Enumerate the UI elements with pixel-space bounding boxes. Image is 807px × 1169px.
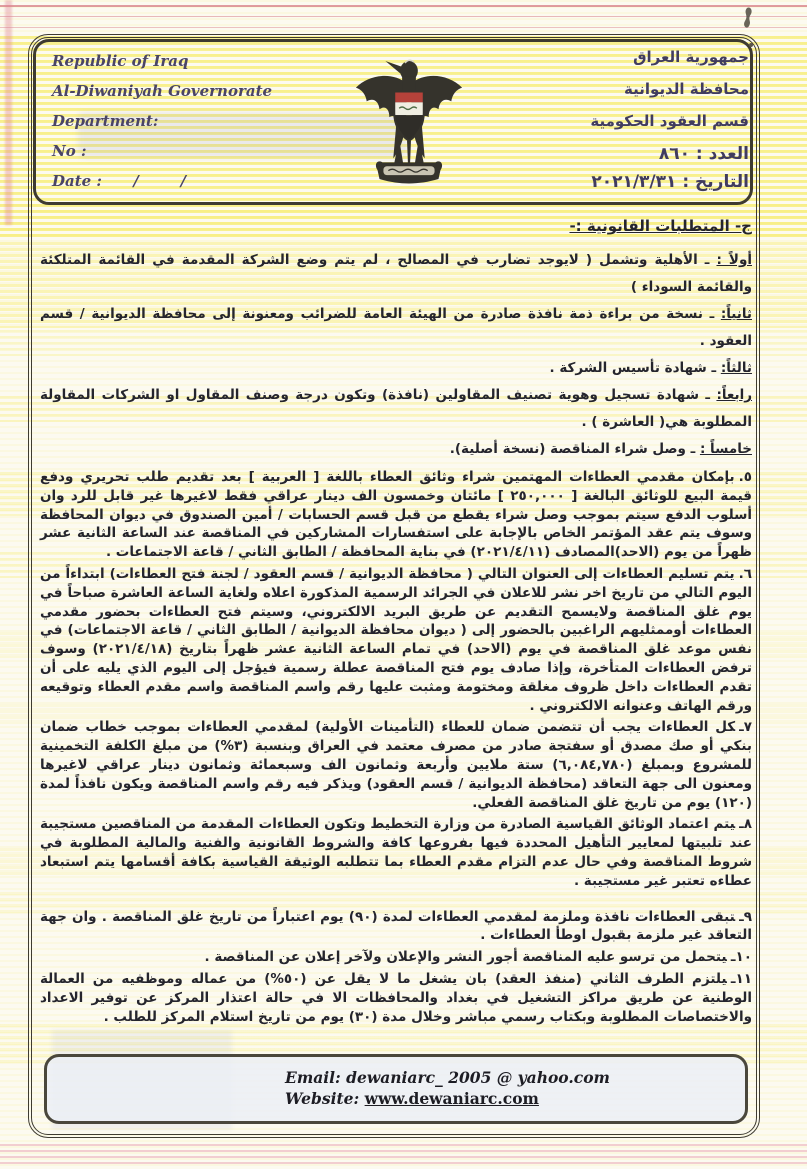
governorate-name-ar: محافظة الديوانية	[529, 80, 749, 98]
item-text: تبقى العطاءات نافذة وملزمة لمقدمي العطاء…	[40, 909, 752, 944]
number-value: ٨٦٠	[659, 144, 690, 164]
website-line: Website: www.dewaniarc.com	[285, 1089, 745, 1108]
item-8: ٨ـيتم اعتماد الوثائق القياسية الصادرة من…	[40, 815, 752, 890]
clause-text: ـ شهادة تسجيل وهوية تصنيف المقاولين (ناف…	[40, 387, 752, 430]
clause-lead: رابعاً:	[716, 387, 752, 403]
scan-red-line	[0, 27, 807, 28]
clause-first: أولاً : ـ الأهلية وتشمل ( لايوجد تضارب ف…	[40, 247, 752, 301]
date-label-ar: التاريخ :	[682, 172, 749, 192]
clause-lead: ثانياً:	[721, 306, 752, 322]
handwritten-mark	[736, 6, 758, 36]
document-number-line: العدد : ٨٦٠	[529, 144, 749, 164]
item-text: كل العطاءات يجب أن تتضمن ضمان للعطاء (ال…	[40, 719, 752, 810]
country-name-ar: جمهورية العراق	[529, 48, 749, 66]
website-value: www.dewaniarc.com	[365, 1089, 539, 1108]
item-text: يتم اعتماد الوثائق القياسية الصادرة من و…	[40, 816, 752, 888]
document-body: ج- المتطلبات القانونية :- أولاً : ـ الأه…	[40, 216, 752, 1029]
number-label-en: No :	[52, 142, 332, 160]
item-number: ٨ـ	[735, 816, 752, 832]
item-text: يلتزم الطرف الثاني (منفذ العقد) بان يشغل…	[40, 971, 752, 1025]
date-line-en: Date : / /	[52, 172, 332, 190]
scan-red-line	[0, 5, 807, 7]
email-value: dewaniarc_ 2005 @ yahoo.com	[346, 1068, 610, 1087]
section-heading: ج- المتطلبات القانونية :-	[569, 217, 752, 235]
date-slashes: / /	[102, 172, 186, 190]
item-number: ٥.	[735, 469, 752, 485]
scan-red-line	[0, 16, 807, 17]
scan-edge-artifact	[5, 0, 12, 225]
item-number: ٦.	[735, 566, 752, 582]
item-9: ٩ـتبقى العطاءات نافذة وملزمة لمقدمي العط…	[40, 908, 752, 946]
clause-text: ـ الأهلية وتشمل ( لايوجد تضارب في المصال…	[40, 252, 752, 295]
item-text: يتم تسليم العطاءات إلى العنوان التالي ( …	[40, 566, 752, 714]
scanned-document-page: Republic of Iraq Al-Diwaniyah Governorat…	[0, 0, 807, 1169]
clause-text: ـ وصل شراء المناقصة (نسخة أصلية).	[450, 441, 700, 457]
email-label: Email:	[285, 1068, 341, 1087]
contact-box: Email: dewaniarc_ 2005 @ yahoo.com Websi…	[44, 1054, 748, 1124]
item-5: ٥.بإمكان مقدمي العطاءات المهتمين شراء وث…	[40, 468, 752, 562]
numbered-items-block: ٥.بإمكان مقدمي العطاءات المهتمين شراء وث…	[40, 468, 752, 1026]
clause-lead: خامساً :	[700, 441, 752, 457]
item-number: ٧ـ	[735, 719, 752, 735]
department-label-en: Department:	[52, 112, 332, 130]
clause-lead: ثالثاً:	[721, 360, 752, 376]
clause-lead: أولاً :	[716, 252, 752, 268]
governorate-name-en: Al-Diwaniyah Governorate	[52, 82, 332, 100]
date-label-en: Date :	[52, 172, 102, 190]
iraq-coat-of-arms-emblem	[350, 46, 468, 198]
scan-pink-band	[0, 1144, 807, 1166]
item-text: يتحمل من ترسو عليه المناقصة أجور النشر و…	[204, 949, 726, 965]
scan-speck	[749, 43, 753, 47]
document-date-line: التاريخ : ٢٠٢١/٣/٣١	[529, 172, 749, 192]
contact-lines: Email: dewaniarc_ 2005 @ yahoo.com Websi…	[285, 1068, 745, 1108]
item-number: ٩ـ	[735, 909, 752, 925]
item-6: ٦.يتم تسليم العطاءات إلى العنوان التالي …	[40, 565, 752, 715]
clauses-block: أولاً : ـ الأهلية وتشمل ( لايوجد تضارب ف…	[40, 247, 752, 463]
clause-fifth: خامساً : ـ وصل شراء المناقصة (نسخة أصلية…	[40, 436, 752, 463]
department-name-ar: قسم العقود الحكومية	[529, 112, 749, 130]
clause-text: ـ نسخة من براءة ذمة نافذة صادرة من الهيئ…	[40, 306, 752, 349]
date-value: ٢٠٢١/٣/٣١	[591, 172, 676, 192]
item-7: ٧ـكل العطاءات يجب أن تتضمن ضمان للعطاء (…	[40, 718, 752, 812]
header-english-block: Republic of Iraq Al-Diwaniyah Governorat…	[52, 52, 332, 202]
website-label: Website:	[285, 1089, 359, 1108]
clause-second: ثانياً: ـ نسخة من براءة ذمة نافذة صادرة …	[40, 301, 752, 355]
item-number: ١٠ـ	[727, 949, 752, 965]
header-arabic-block: جمهورية العراق محافظة الديوانية قسم العق…	[529, 48, 749, 200]
item-10: ١٠ـيتحمل من ترسو عليه المناقصة أجور النش…	[40, 948, 752, 967]
number-label-ar: العدد :	[696, 144, 749, 164]
item-11: ١١ـيلتزم الطرف الثاني (منفذ العقد) بان ي…	[40, 970, 752, 1026]
item-text: بإمكان مقدمي العطاءات المهتمين شراء وثائ…	[40, 469, 752, 560]
country-name-en: Republic of Iraq	[52, 52, 332, 70]
clause-fourth: رابعاً: ـ شهادة تسجيل وهوية تصنيف المقاو…	[40, 382, 752, 436]
clause-third: ثالثاً: ـ شهادة تأسيس الشركة .	[40, 355, 752, 382]
item-number: ١١ـ	[727, 971, 752, 987]
clause-text: ـ شهادة تأسيس الشركة .	[550, 360, 721, 376]
email-line: Email: dewaniarc_ 2005 @ yahoo.com	[285, 1068, 745, 1087]
